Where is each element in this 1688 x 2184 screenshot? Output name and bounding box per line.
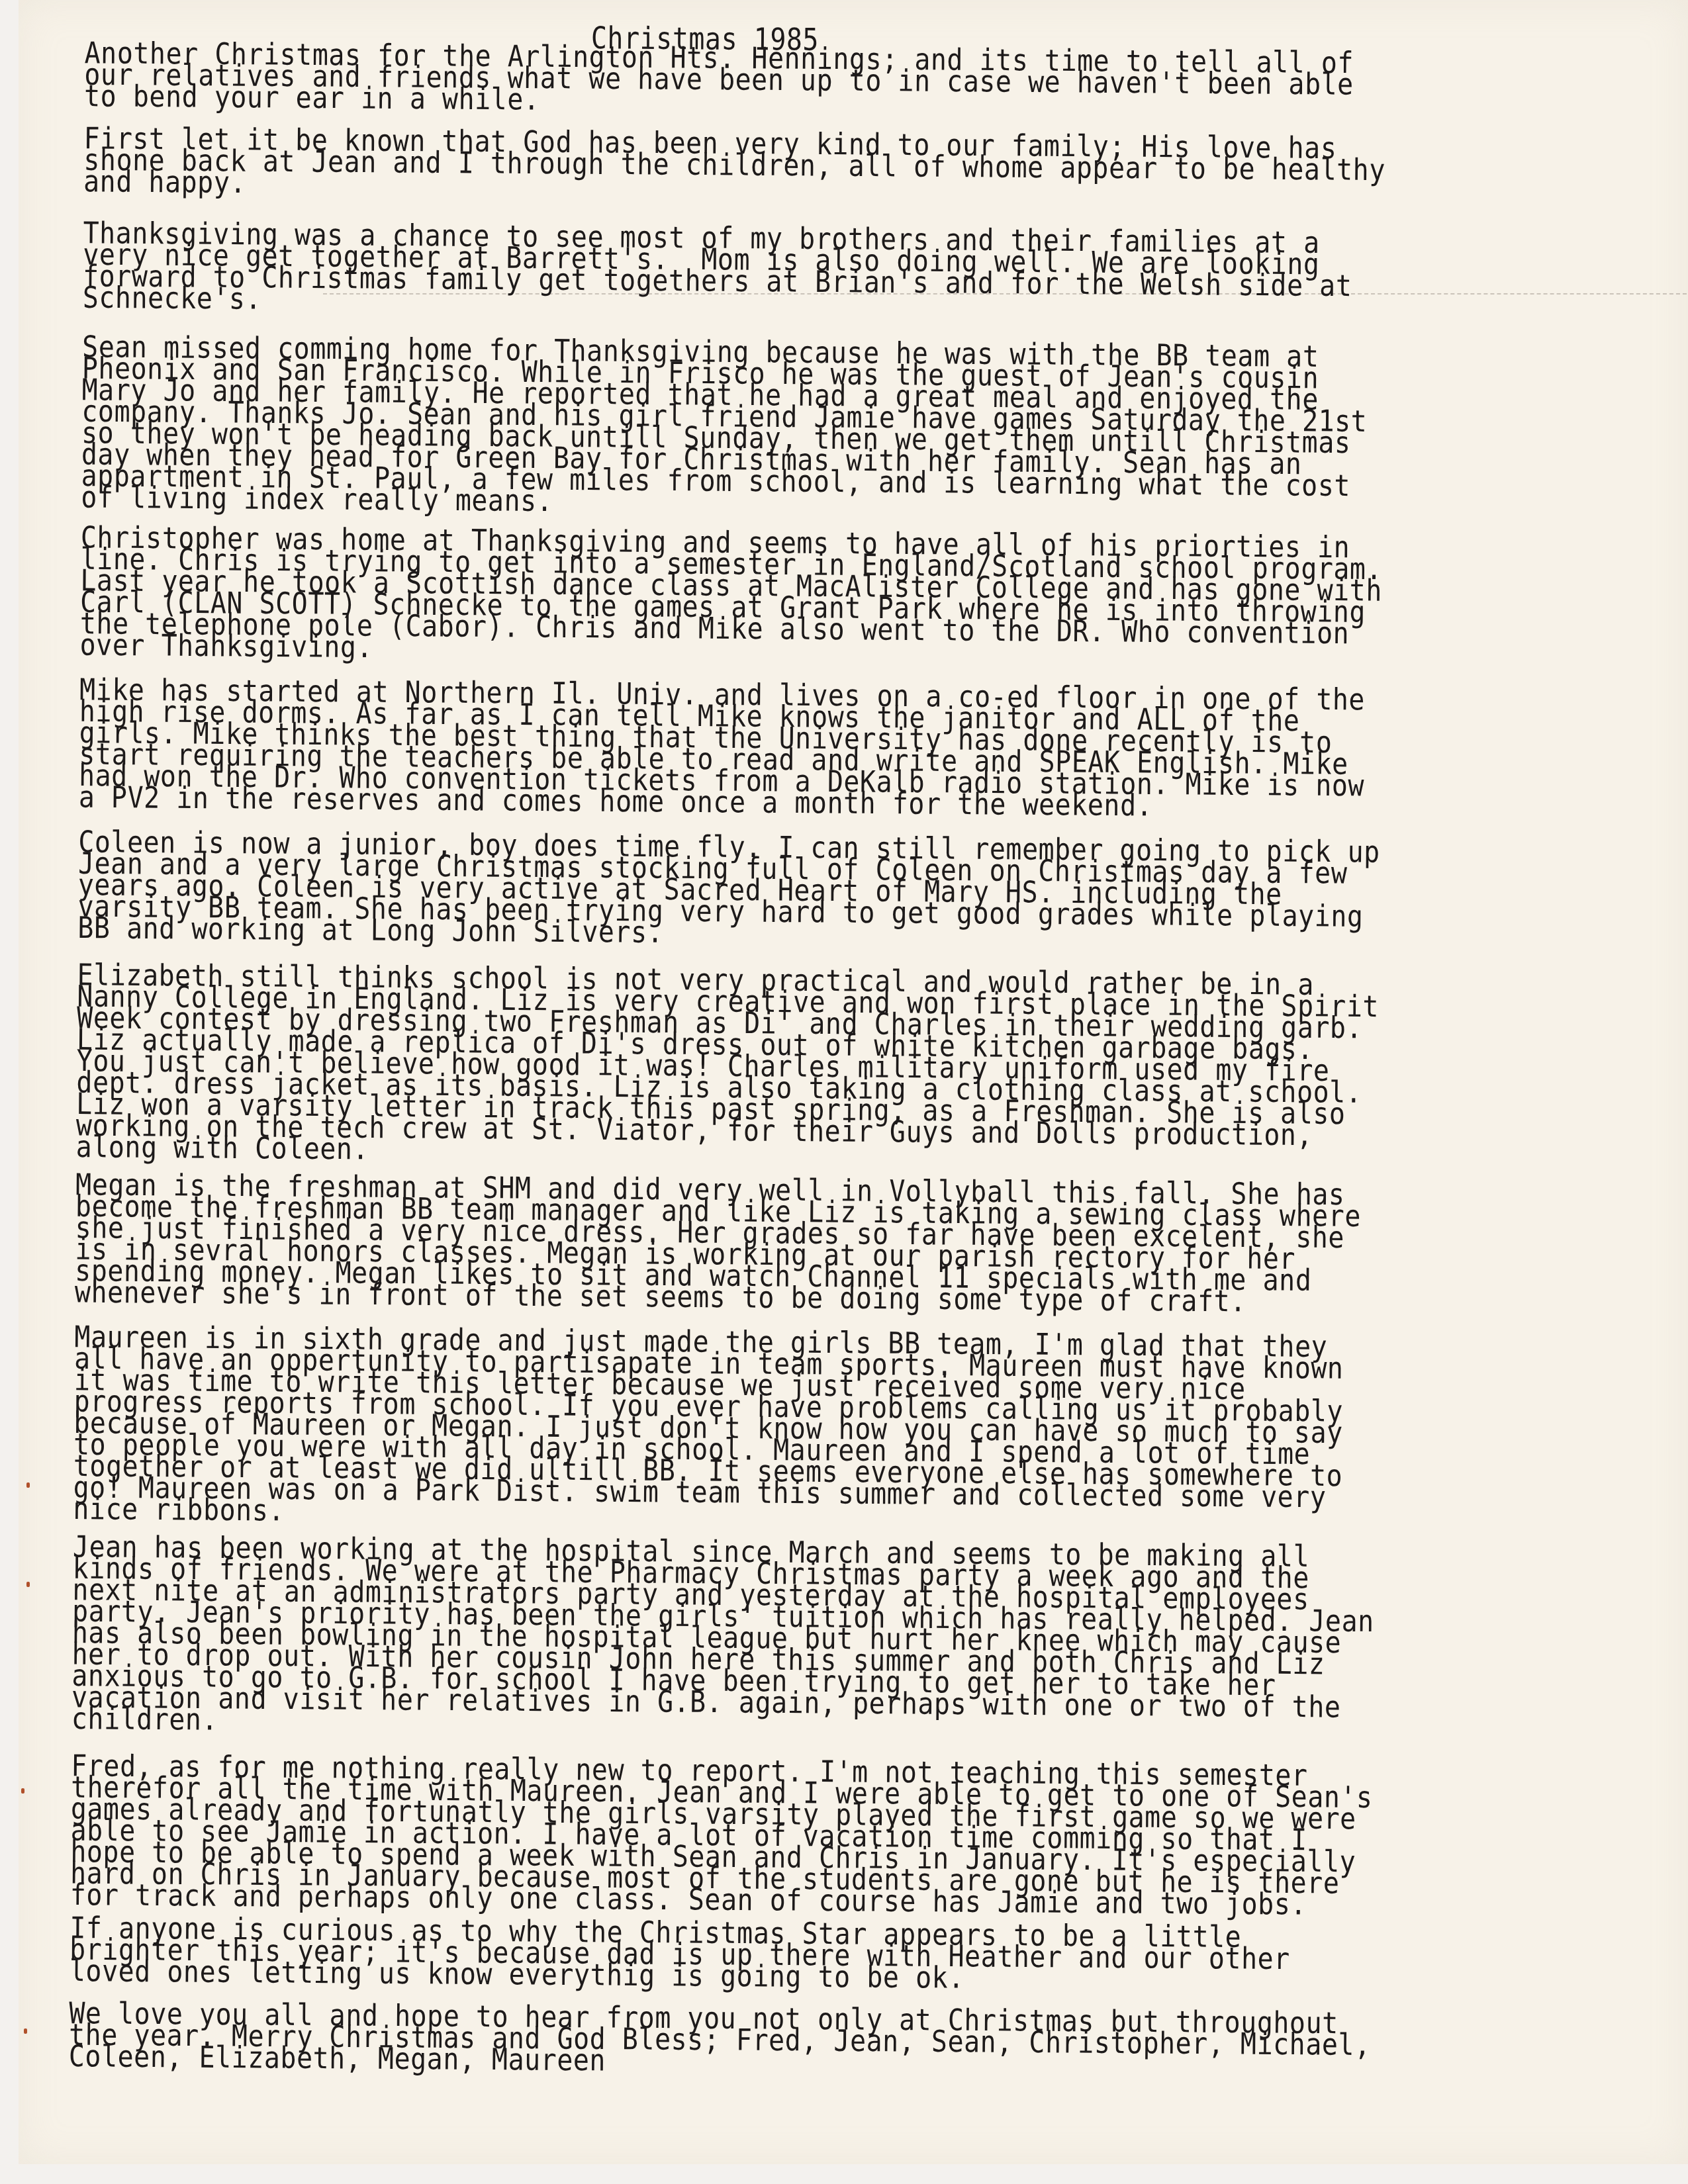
paragraph-closing: We love you all and hope to hear from yo…: [69, 2003, 1632, 2080]
paragraph-christmas-star: If anyone is curious as to why the Chris…: [70, 1918, 1632, 1995]
christmas-letter: Christmas 1985 Another Christmas for the…: [68, 24, 1647, 2110]
paragraph-mike: Mike has started at Northern Il. Univ. a…: [79, 680, 1642, 821]
scan-margin-bottom: [0, 2164, 1688, 2184]
paragraph-megan: Megan is the freshman at SHM and did ver…: [75, 1175, 1638, 1316]
paragraph-thanksgiving: Thanksgiving was a chance to see most of…: [83, 223, 1646, 321]
paragraph-blessings: First let it be known that God has been …: [83, 128, 1646, 205]
paragraph-christopher: Christopher was home at Thanksgiving and…: [79, 527, 1642, 668]
letter-body: Another Christmas for the Arlington Hts.…: [69, 43, 1647, 2073]
paper-speck: [26, 1582, 30, 1587]
paragraph-sean: Sean missed comming home for Thanksgivin…: [81, 337, 1644, 521]
scan-margin-left: [0, 0, 19, 2184]
paper-speck: [21, 1788, 24, 1794]
paper-speck: [26, 1482, 30, 1488]
paragraph-jean: Jean has been working at the hospital si…: [71, 1537, 1635, 1743]
paragraph-maureen: Maureen is in sixth grade and just made …: [73, 1327, 1636, 1533]
paragraph-fred: Fred, as for me nothing really new to re…: [70, 1756, 1634, 1919]
paper-speck: [24, 2028, 27, 2034]
paragraph-coleen: Coleen is now a junior, boy does time fl…: [77, 832, 1640, 952]
paragraph-intro: Another Christmas for the Arlington Hts.…: [84, 43, 1647, 120]
paragraph-elizabeth: Elizabeth still thinks school is not ver…: [76, 965, 1640, 1171]
